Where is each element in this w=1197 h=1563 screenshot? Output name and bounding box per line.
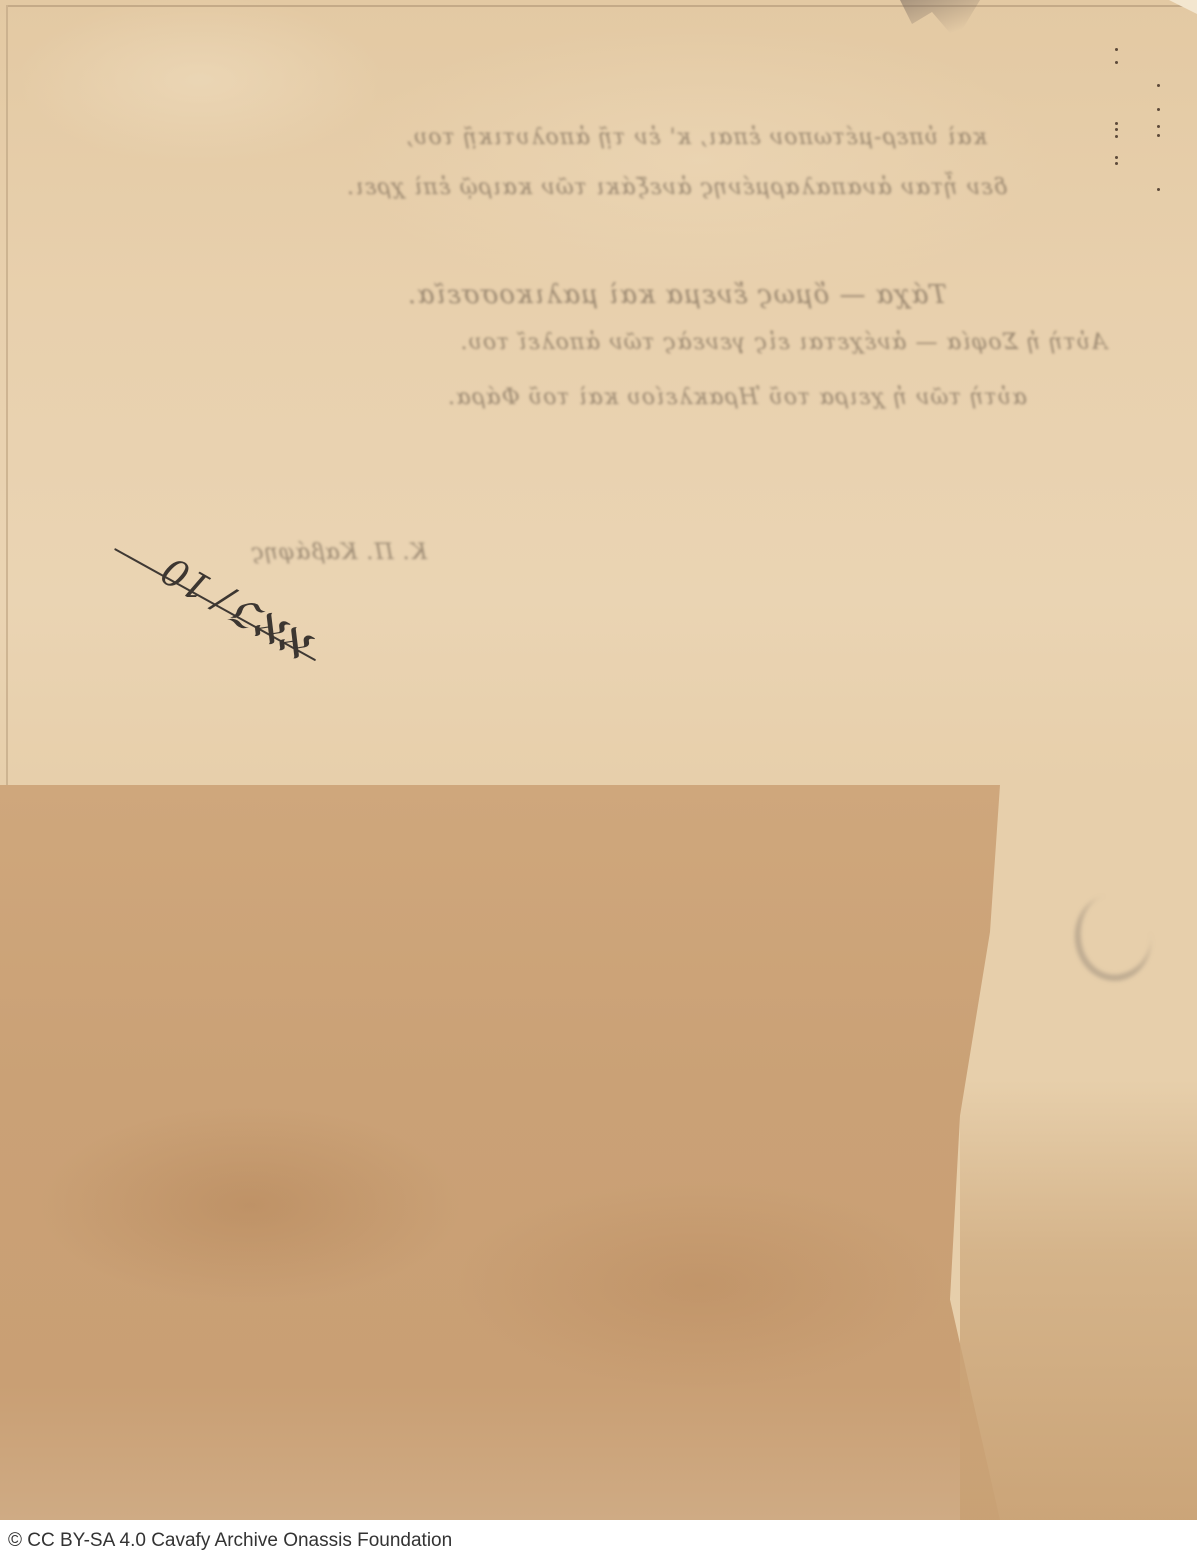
handwriting-line-5: αὐτὴ τῶν ἡ χειρα τοῦ Ἡρακλείου καὶ τοῦ Φ…	[447, 385, 1027, 410]
manuscript-scan: καὶ ὑπερ-μέτωπον ἐπαι, κ' ἐν τῇ ἀπολυτικ…	[0, 0, 1197, 1520]
handwriting-signature: Κ. Π. Καβάφης	[251, 540, 427, 565]
handwriting-line-1: καὶ ὑπερ-μέτωπον ἐπαι, κ' ἐν τῇ ἀπολυτικ…	[405, 125, 987, 150]
copyright-caption: © CC BY-SA 4.0 Cavafy Archive Onassis Fo…	[8, 1527, 452, 1555]
handwriting-line-3: Τάχα — ὅμως ἔνεμα καὶ μαλικοσσεῖα.	[407, 280, 947, 310]
handwriting-line-4: Αὐτὴ ἡ Σοφία — ἀνέχεται εἰς γενεὰς τῶν ἀ…	[459, 330, 1107, 355]
handwriting-line-2: δεν ἦταν ἀναπαλαρμένης ἀνεξάκι τῶν καιρῷ…	[346, 175, 1007, 200]
